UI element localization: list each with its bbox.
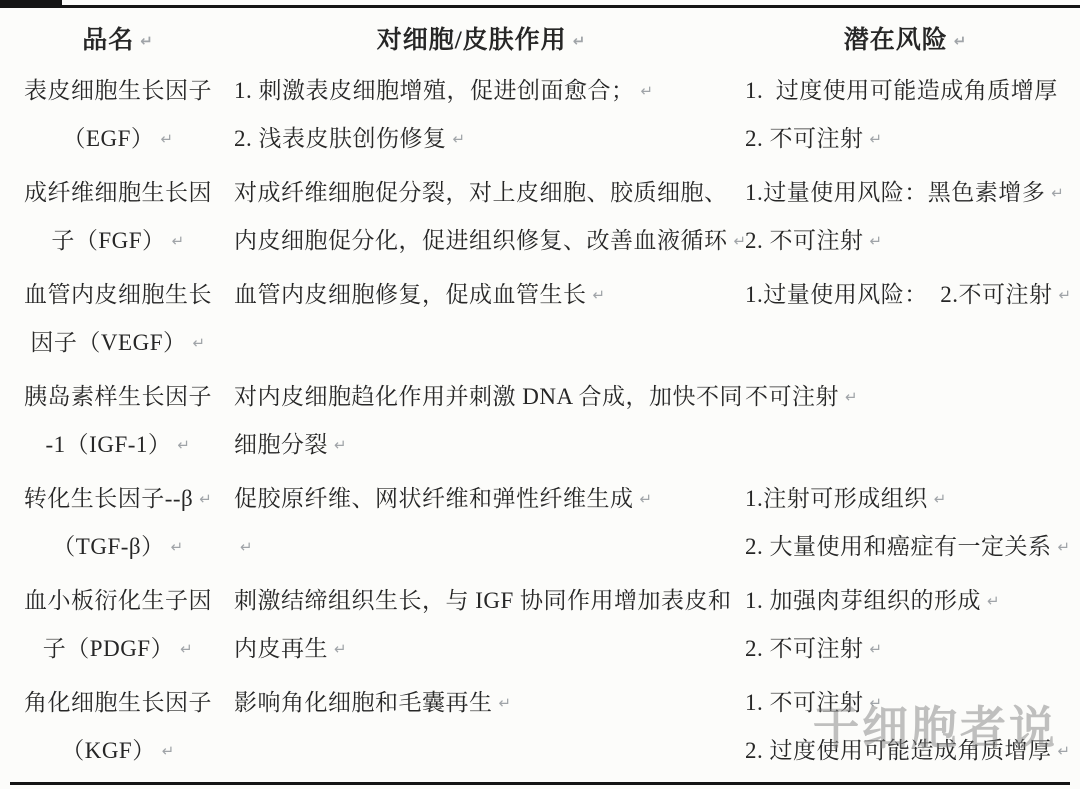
paragraph-mark-icon: ↵ — [160, 130, 173, 148]
text-line: 1. 刺激表皮细胞增殖，促进创面愈合；↵ — [234, 64, 729, 112]
line-text: 影响角化细胞和毛囊再生 — [234, 684, 493, 717]
line-text: -1（IGF-1） — [46, 426, 172, 459]
table-row: 血小板衍化生子因子（PDGF）↵刺激结缔组织生长，与 IGF 协同作用增加表皮和… — [0, 574, 1080, 670]
table-row: 成纤维细胞生长因子（FGF）↵对成纤维细胞促分裂，对上皮细胞、胶质细胞、内皮细胞… — [0, 166, 1080, 262]
line-text: 1.注射可形成组织 — [745, 480, 928, 513]
line-text: 胰岛素样生长因子 — [24, 378, 212, 411]
line-text: 2. 不可注射 — [745, 222, 864, 255]
text-line: 1. 不可注射↵ — [745, 676, 1066, 724]
text-line: 2. 不可注射↵ — [745, 112, 1066, 160]
text-line: 角化细胞生长因子 — [18, 676, 218, 724]
cell-risk: 1. 过度使用可能造成角质增厚2. 不可注射↵ — [745, 64, 1066, 160]
paragraph-mark-icon: ↵ — [870, 640, 883, 658]
text-line: 2. 浅表皮肤创伤修复↵ — [234, 112, 729, 160]
cell-risk: 1.注射可形成组织↵2. 大量使用和癌症有一定关系↵ — [745, 472, 1066, 568]
line-text: 对成纤维细胞促分裂，对上皮细胞、胶质细胞、 — [234, 174, 728, 207]
text-line: （EGF）↵ — [18, 112, 218, 160]
text-line: 内皮细胞促分化，促进组织修复、改善血液循环↵ — [234, 214, 729, 262]
line-text: 1.过量使用风险： 2.不可注射 — [745, 276, 1053, 309]
text-line: 不可注射↵ — [745, 370, 1066, 418]
line-text: 2. 过度使用可能造成角质增厚 — [745, 732, 1052, 765]
text-line: 血小板衍化生子因 — [18, 574, 218, 622]
text-line: 血管内皮细胞生长 — [18, 268, 218, 316]
cell-risk: 1. 加强肉芽组织的形成↵2. 不可注射↵ — [745, 574, 1066, 670]
text-line — [234, 724, 729, 772]
line-text: 内皮再生 — [234, 630, 328, 663]
paragraph-mark-icon: ↵ — [870, 694, 883, 712]
line-text: 对内皮细胞趋化作用并刺激 DNA 合成，加快不同 — [234, 378, 743, 411]
cell-product-name: 转化生长因子--β↵（TGF-β）↵ — [18, 472, 218, 568]
line-text: （TGF-β） — [52, 528, 164, 561]
cell-product-name: 角化细胞生长因子（KGF）↵ — [18, 676, 218, 772]
paragraph-mark-icon: ↵ — [140, 32, 154, 50]
line-text: 角化细胞生长因子 — [24, 684, 212, 717]
cell-product-name: 成纤维细胞生长因子（FGF）↵ — [18, 166, 218, 262]
line-text: 1.过量使用风险：黑色素增多 — [745, 174, 1045, 207]
line-text: 2. 不可注射 — [745, 120, 864, 153]
text-line: 细胞分裂↵ — [234, 418, 729, 466]
table-row: 角化细胞生长因子（KGF）↵影响角化细胞和毛囊再生↵1. 不可注射↵2. 过度使… — [0, 676, 1080, 772]
text-line: 表皮细胞生长因子 — [18, 64, 218, 112]
line-text: 因子（VEGF） — [30, 324, 186, 357]
text-line: 对内皮细胞趋化作用并刺激 DNA 合成，加快不同 — [234, 370, 729, 418]
line-text: （EGF） — [62, 120, 154, 153]
cell-risk: 不可注射↵ — [745, 370, 1066, 466]
table-body: 表皮细胞生长因子（EGF）↵1. 刺激表皮细胞增殖，促进创面愈合；↵2. 浅表皮… — [0, 64, 1080, 772]
text-line: 1.过量使用风险： 2.不可注射↵ — [745, 268, 1066, 316]
text-line: 促胶原纤维、网状纤维和弹性纤维生成↵ — [234, 472, 729, 520]
cell-effect: 对成纤维细胞促分裂，对上皮细胞、胶质细胞、内皮细胞促分化，促进组织修复、改善血液… — [234, 166, 729, 262]
text-line — [745, 316, 1066, 364]
table-row: 胰岛素样生长因子-1（IGF-1）↵对内皮细胞趋化作用并刺激 DNA 合成，加快… — [0, 370, 1080, 466]
text-line: 子（PDGF）↵ — [18, 622, 218, 670]
table-row: 转化生长因子--β↵（TGF-β）↵促胶原纤维、网状纤维和弹性纤维生成↵↵1.注… — [0, 472, 1080, 568]
paragraph-mark-icon: ↵ — [934, 490, 947, 508]
text-line: （TGF-β）↵ — [18, 520, 218, 568]
line-text: 刺激结缔组织生长，与 IGF 协同作用增加表皮和 — [234, 582, 732, 615]
table-row: 表皮细胞生长因子（EGF）↵1. 刺激表皮细胞增殖，促进创面愈合；↵2. 浅表皮… — [0, 64, 1080, 160]
paragraph-mark-icon: ↵ — [240, 538, 253, 556]
paragraph-mark-icon: ↵ — [641, 82, 654, 100]
cell-product-name: 表皮细胞生长因子（EGF）↵ — [18, 64, 218, 160]
growth-factor-table-page: 品名 ↵ 对细胞/皮肤作用 ↵ 潜在风险 ↵ 表皮细胞生长因子（EGF）↵1. … — [0, 0, 1080, 789]
paragraph-mark-icon: ↵ — [987, 592, 1000, 610]
line-text: 2. 浅表皮肤创伤修复 — [234, 120, 447, 153]
text-line: 2. 不可注射↵ — [745, 622, 1066, 670]
table-bottom-rule — [10, 782, 1070, 785]
paragraph-mark-icon: ↵ — [172, 232, 185, 250]
cell-effect: 1. 刺激表皮细胞增殖，促进创面愈合；↵2. 浅表皮肤创伤修复↵ — [234, 64, 729, 160]
line-text: 1. 过度使用可能造成角质增厚 — [745, 72, 1058, 105]
text-line: 1.注射可形成组织↵ — [745, 472, 1066, 520]
text-line: ↵ — [234, 520, 729, 568]
cell-product-name: 血管内皮细胞生长因子（VEGF）↵ — [18, 268, 218, 364]
line-text: （KGF） — [61, 732, 156, 765]
line-text: 2. 大量使用和癌症有一定关系 — [745, 528, 1052, 561]
paragraph-mark-icon: ↵ — [593, 286, 606, 304]
line-text: 1. 不可注射 — [745, 684, 864, 717]
paragraph-mark-icon: ↵ — [845, 388, 858, 406]
paragraph-mark-icon: ↵ — [162, 742, 175, 760]
paragraph-mark-icon: ↵ — [1051, 184, 1064, 202]
text-line — [234, 316, 729, 364]
text-line: 转化生长因子--β↵ — [18, 472, 218, 520]
header-cell-potential-risk: 潜在风险 ↵ — [745, 12, 1066, 64]
paragraph-mark-icon: ↵ — [334, 436, 347, 454]
table-top-rule — [0, 5, 1080, 8]
text-line: 1.过量使用风险：黑色素增多↵ — [745, 166, 1066, 214]
paragraph-mark-icon: ↵ — [954, 32, 968, 50]
paragraph-mark-icon: ↵ — [573, 32, 587, 50]
paragraph-mark-icon: ↵ — [453, 130, 466, 148]
paragraph-mark-icon: ↵ — [734, 232, 747, 250]
paragraph-mark-icon: ↵ — [199, 490, 212, 508]
paragraph-mark-icon: ↵ — [171, 538, 184, 556]
line-text: 内皮细胞促分化，促进组织修复、改善血液循环 — [234, 222, 728, 255]
text-line: 1. 过度使用可能造成角质增厚 — [745, 64, 1066, 112]
text-line: 2. 过度使用可能造成角质增厚↵ — [745, 724, 1066, 772]
header-label: 品名 — [82, 20, 134, 56]
cell-effect: 刺激结缔组织生长，与 IGF 协同作用增加表皮和内皮再生↵ — [234, 574, 729, 670]
text-line: 胰岛素样生长因子 — [18, 370, 218, 418]
line-text: 血管内皮细胞修复，促成血管生长 — [234, 276, 587, 309]
line-text: 促胶原纤维、网状纤维和弹性纤维生成 — [234, 480, 634, 513]
text-line: 成纤维细胞生长因 — [18, 166, 218, 214]
line-text: 血管内皮细胞生长 — [24, 276, 212, 309]
paragraph-mark-icon: ↵ — [499, 694, 512, 712]
cell-product-name: 血小板衍化生子因子（PDGF）↵ — [18, 574, 218, 670]
cell-effect: 促胶原纤维、网状纤维和弹性纤维生成↵↵ — [234, 472, 729, 568]
text-line: 内皮再生↵ — [234, 622, 729, 670]
text-line: 2. 不可注射↵ — [745, 214, 1066, 262]
paragraph-mark-icon: ↵ — [1058, 742, 1071, 760]
line-text: 子（PDGF） — [43, 630, 174, 663]
text-line: 对成纤维细胞促分裂，对上皮细胞、胶质细胞、 — [234, 166, 729, 214]
text-line — [745, 418, 1066, 466]
cell-effect: 对内皮细胞趋化作用并刺激 DNA 合成，加快不同细胞分裂↵ — [234, 370, 729, 466]
paragraph-mark-icon: ↵ — [870, 232, 883, 250]
cell-risk: 1.过量使用风险： 2.不可注射↵ — [745, 268, 1066, 364]
cell-effect: 血管内皮细胞修复，促成血管生长↵ — [234, 268, 729, 364]
line-text: 成纤维细胞生长因 — [24, 174, 212, 207]
line-text: 转化生长因子--β — [24, 480, 194, 513]
paragraph-mark-icon: ↵ — [180, 640, 193, 658]
table-header-row: 品名 ↵ 对细胞/皮肤作用 ↵ 潜在风险 ↵ — [0, 12, 1080, 64]
text-line: 影响角化细胞和毛囊再生↵ — [234, 676, 729, 724]
paragraph-mark-icon: ↵ — [177, 436, 190, 454]
line-text: 2. 不可注射 — [745, 630, 864, 663]
text-line: 血管内皮细胞修复，促成血管生长↵ — [234, 268, 729, 316]
text-line: 2. 大量使用和癌症有一定关系↵ — [745, 520, 1066, 568]
text-line: 子（FGF）↵ — [18, 214, 218, 262]
paragraph-mark-icon: ↵ — [1058, 538, 1071, 556]
text-line: （KGF）↵ — [18, 724, 218, 772]
paragraph-mark-icon: ↵ — [1059, 286, 1072, 304]
paragraph-mark-icon: ↵ — [334, 640, 347, 658]
line-text: 子（FGF） — [51, 222, 165, 255]
text-line: 因子（VEGF）↵ — [18, 316, 218, 364]
line-text: 血小板衍化生子因 — [24, 582, 212, 615]
header-cell-skin-effect: 对细胞/皮肤作用 ↵ — [234, 12, 729, 64]
line-text: 1. 加强肉芽组织的形成 — [745, 582, 981, 615]
line-text: 不可注射 — [745, 378, 839, 411]
cell-product-name: 胰岛素样生长因子-1（IGF-1）↵ — [18, 370, 218, 466]
text-line: 1. 加强肉芽组织的形成↵ — [745, 574, 1066, 622]
paragraph-mark-icon: ↵ — [192, 334, 205, 352]
paragraph-mark-icon: ↵ — [640, 490, 653, 508]
line-text: 表皮细胞生长因子 — [24, 72, 212, 105]
cell-risk: 1.过量使用风险：黑色素增多↵2. 不可注射↵ — [745, 166, 1066, 262]
table-row: 血管内皮细胞生长因子（VEGF）↵血管内皮细胞修复，促成血管生长↵1.过量使用风… — [0, 268, 1080, 364]
cell-effect: 影响角化细胞和毛囊再生↵ — [234, 676, 729, 772]
paragraph-mark-icon: ↵ — [870, 130, 883, 148]
cell-risk: 1. 不可注射↵2. 过度使用可能造成角质增厚↵ — [745, 676, 1066, 772]
header-label: 潜在风险 — [844, 20, 948, 56]
line-text: 1. 刺激表皮细胞增殖，促进创面愈合； — [234, 72, 635, 105]
header-product-name: 品名 ↵ — [18, 12, 218, 64]
line-text: 细胞分裂 — [234, 426, 328, 459]
text-line: -1（IGF-1）↵ — [18, 418, 218, 466]
text-line: 刺激结缔组织生长，与 IGF 协同作用增加表皮和 — [234, 574, 729, 622]
header-label: 对细胞/皮肤作用 — [377, 20, 567, 56]
